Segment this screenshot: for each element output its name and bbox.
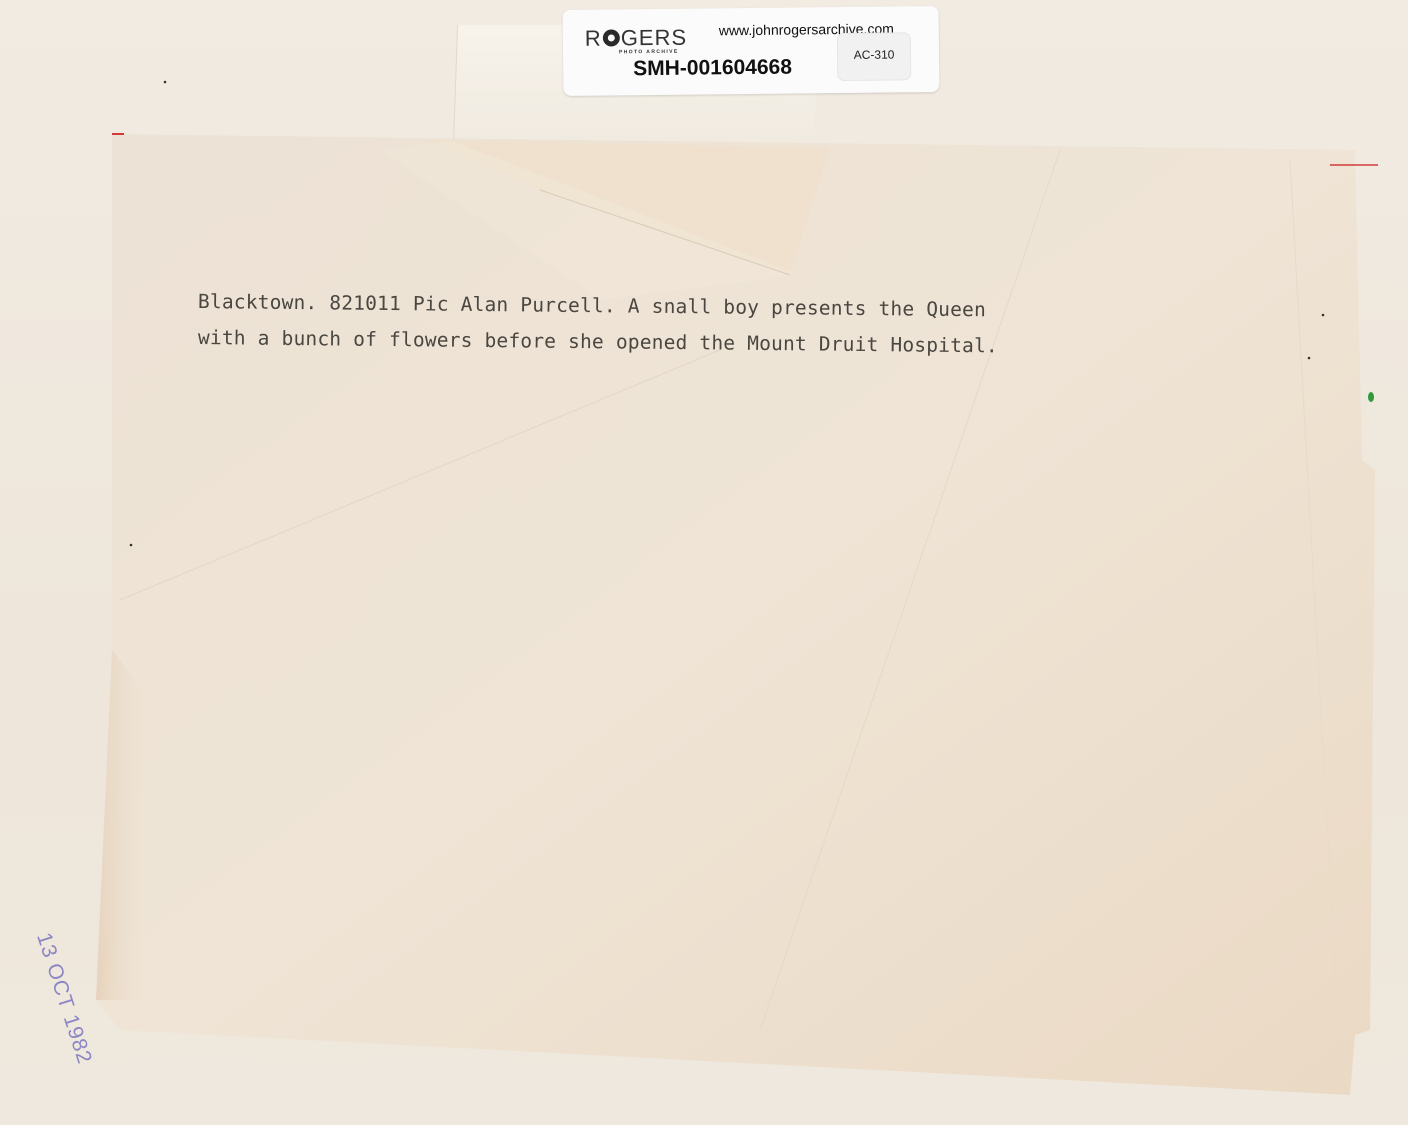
box-code-sticker: AC-310: [837, 32, 911, 81]
caption-sheet: [0, 0, 1408, 1125]
archive-label: RGERS PHOTO ARCHIVE www.johnrogersarchiv…: [563, 6, 940, 96]
paper-shape: [0, 0, 1408, 1125]
box-code: AC-310: [838, 47, 910, 62]
green-ink-spot: [1368, 392, 1374, 402]
catalog-id: SMH-001604668: [633, 56, 792, 82]
aperture-icon: [603, 29, 620, 46]
logo-subtitle: PHOTO ARCHIVE: [619, 49, 679, 56]
typed-caption: Blacktown. 821011 Pic Alan Purcell. A sn…: [198, 284, 1248, 356]
rogers-logo: RGERS: [585, 25, 688, 52]
